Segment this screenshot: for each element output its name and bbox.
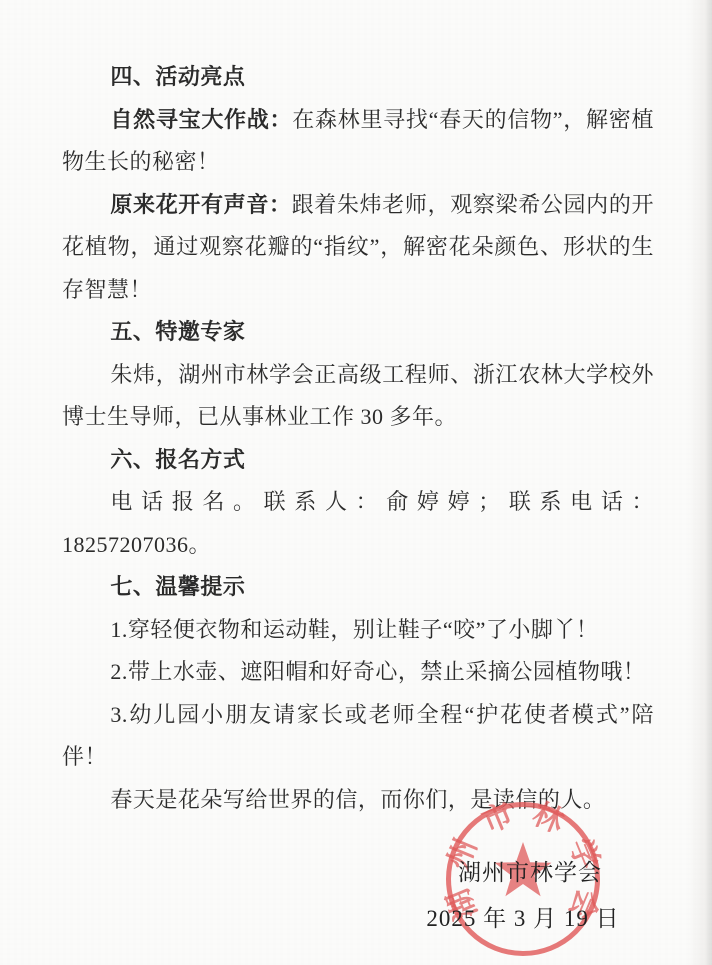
paragraph-lead: 原来花开有声音： [110, 192, 291, 217]
document-body: 四、活动亮点 自然寻宝大作战：在森林里寻找“春天的信物”，解密植物生长的秘密！ … [62, 56, 654, 821]
section-heading-7: 七、温馨提示 [62, 566, 654, 609]
paragraph-tip-3: 3.幼儿园小朋友请家长或老师全程“护花使者模式”陪伴！ [62, 694, 654, 779]
signature-date: 2025 年 3 月 19 日 [413, 900, 633, 933]
paragraph-expert-bio: 朱炜，湖州市林学会正高级工程师、浙江农林大学校外博士生导师，已从事林业工作 30… [62, 354, 654, 439]
signature-org-name: 湖州市林学会 [430, 854, 630, 887]
scanned-document-page: 四、活动亮点 自然寻宝大作战：在森林里寻找“春天的信物”，解密植物生长的秘密！ … [0, 0, 712, 965]
paragraph-registration: 电话报名。联系人：俞婷婷；联系电话：18257207036。 [62, 481, 654, 566]
paragraph-tip-2: 2.带上水壶、遮阳帽和好奇心，禁止采摘公园植物哦！ [62, 651, 654, 694]
section-heading-4: 四、活动亮点 [62, 56, 654, 99]
paragraph-treasure-hunt: 自然寻宝大作战：在森林里寻找“春天的信物”，解密植物生长的秘密！ [62, 99, 654, 184]
paragraph-lead: 自然寻宝大作战： [110, 107, 292, 132]
section-heading-6: 六、报名方式 [62, 439, 654, 482]
paragraph-tip-1: 1.穿轻便衣物和运动鞋，别让鞋子“咬”了小脚丫！ [62, 609, 654, 652]
paragraph-flower-sound: 原来花开有声音：跟着朱炜老师，观察梁希公园内的开花植物，通过观察花瓣的“指纹”，… [62, 184, 654, 312]
section-heading-5: 五、特邀专家 [62, 311, 654, 354]
